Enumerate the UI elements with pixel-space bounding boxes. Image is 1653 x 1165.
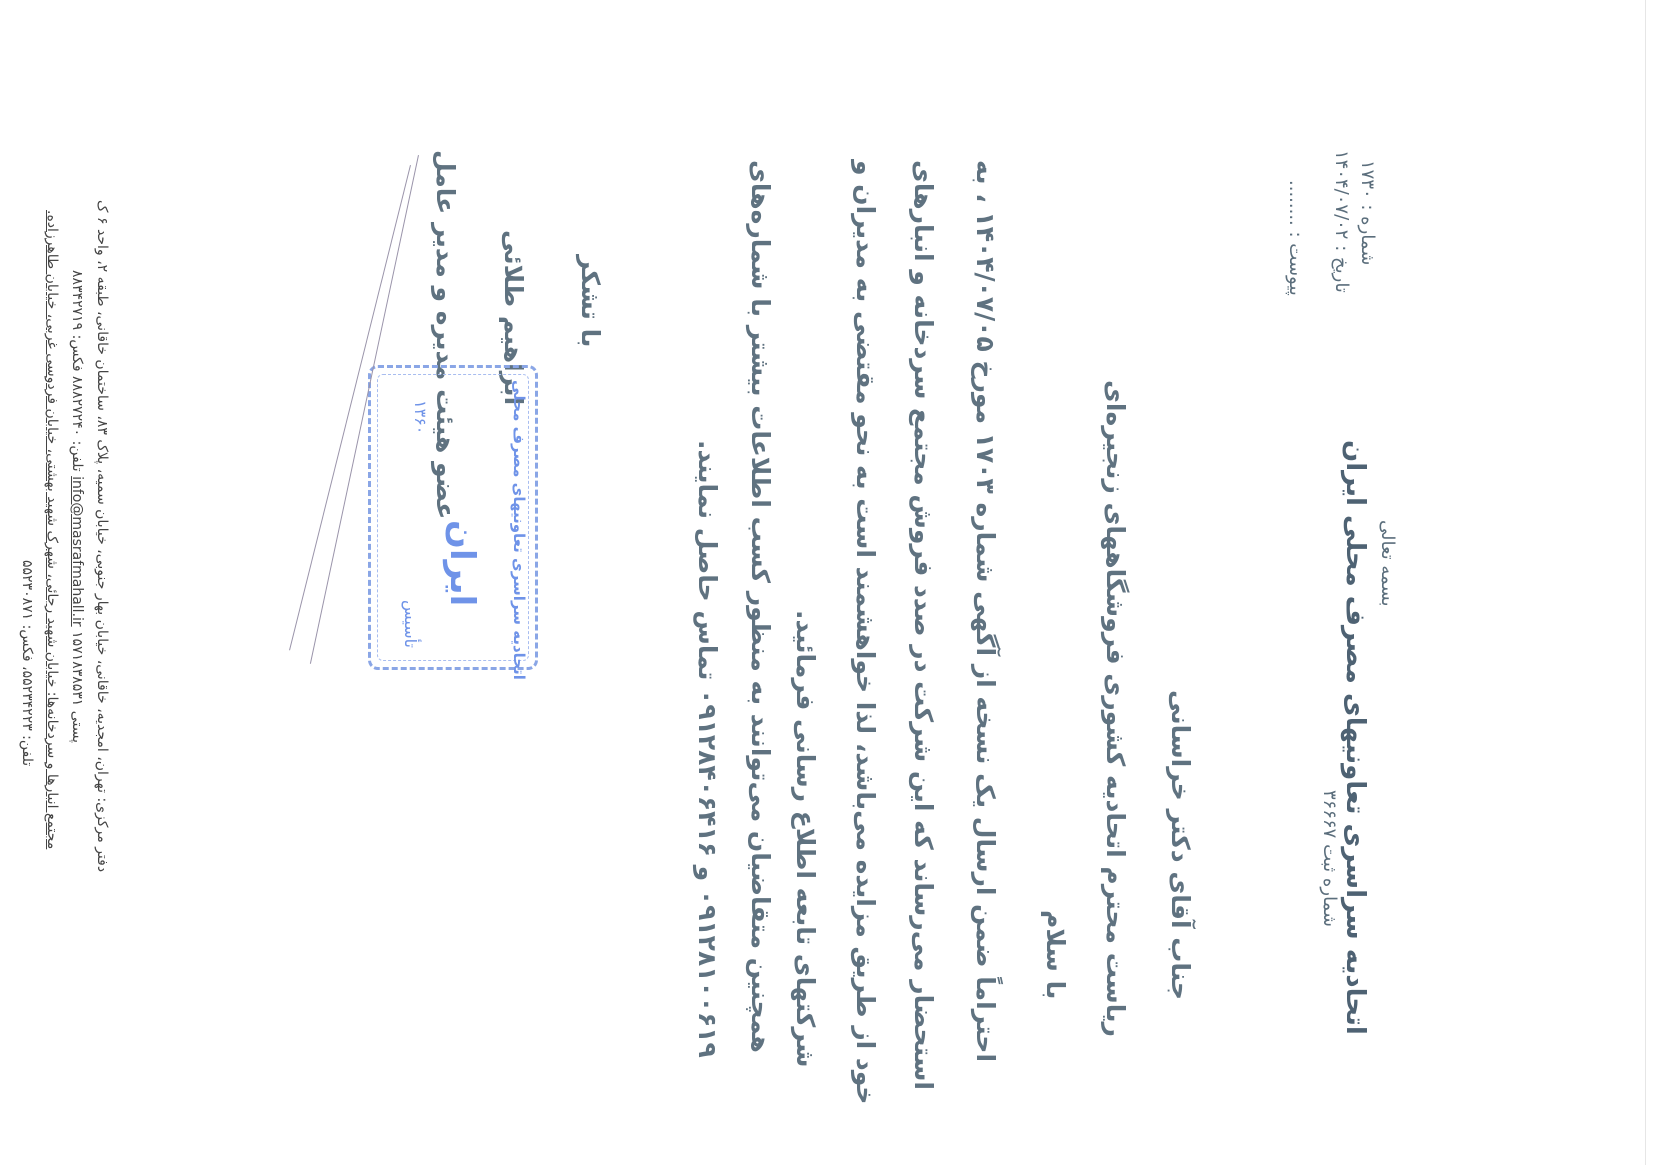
footer-address: دفتر مرکزی: تهران، امجدیه، خاقانی، خیابا… xyxy=(94,200,110,872)
addressee-name: جناب آقای دکتر خراسانی xyxy=(1166,690,1195,1000)
body-line-2: استحضار می‌رساند که این شرکت در صدد فروش… xyxy=(909,160,938,1090)
body-line-3: خود از طریق مزایده می‌باشد، لذا خواهشمند… xyxy=(851,160,880,1104)
stamp-org-name: اتحادیه سراسری تعاونیهای مصرف محلی xyxy=(510,380,528,680)
scan-edge xyxy=(1645,0,1646,1165)
greeting: با سلام xyxy=(1041,910,1070,999)
footer-phone-fax: تلفن: ۸۸۸۲۷۲۴۰ فکس: ۸۸۳۴۲۷۱۹ xyxy=(69,270,85,472)
letter-number: شماره : ۱۷۳۰ xyxy=(1357,160,1378,265)
letter-date: تاریخ : ۱۴۰۴/۰۷/۰۲ xyxy=(1331,150,1352,293)
footer-postal-code: پستی ۱۵۷۱۸۳۸۵۳۱ xyxy=(69,631,85,743)
stamp-year: ۱۳۶۰ xyxy=(411,400,430,434)
body-line-5: همچنین متقاضیان می‌توانند به منظور کسب ا… xyxy=(746,160,775,1053)
bismillah: بسمه تعالی xyxy=(1377,520,1398,607)
scanned-letter-page: بسمه تعالی اتحادیه سراسری تعاونیهای مصرف… xyxy=(0,0,1653,1165)
addressee-title: ریاست محترم اتحادیه کشوری فروشگاههای زنج… xyxy=(1101,380,1130,1037)
stamp-country: ایران xyxy=(442,520,482,606)
letter-attachment: پیوست : ........ xyxy=(1285,180,1306,296)
registration-number: شماره ثبت ۳۶۶۶۷ xyxy=(1319,790,1340,927)
closing-thanks: با تشکر xyxy=(576,255,605,347)
footer-warehouse-phone: تلفن: ۵۵۲۳۴۲۲۳، فکس: ۵۵۲۳۰۸۷۱ xyxy=(19,560,35,766)
body-line-4: شرکتهای تابعه اطلاع رسانی فرمائید. xyxy=(791,610,820,1067)
organization-name: اتحادیه سراسری تعاونیهای مصرف محلی ایران xyxy=(1340,440,1370,1035)
body-line-6: ۰۹۱۲۸۱۰۰۶۱۹ و ۰۹۱۲۸۴۰۶۴۱۶ تماس حاصل نمای… xyxy=(693,440,722,1058)
footer-warehouse-address: مجتمع انبارها و سردخانه‌ها: خیابان شهید … xyxy=(44,210,60,849)
footer-email-link[interactable]: info@masrafmahall.ir xyxy=(69,476,85,627)
footer-contact: پستی ۱۵۷۱۸۳۸۵۳۱ info@masrafmahall.ir تلف… xyxy=(69,270,85,743)
stamp-founded-label: تأسیس xyxy=(401,600,420,648)
body-line-1: احتراماً ضمن ارسال یک نسخه از آگهی شماره… xyxy=(971,160,1000,1062)
